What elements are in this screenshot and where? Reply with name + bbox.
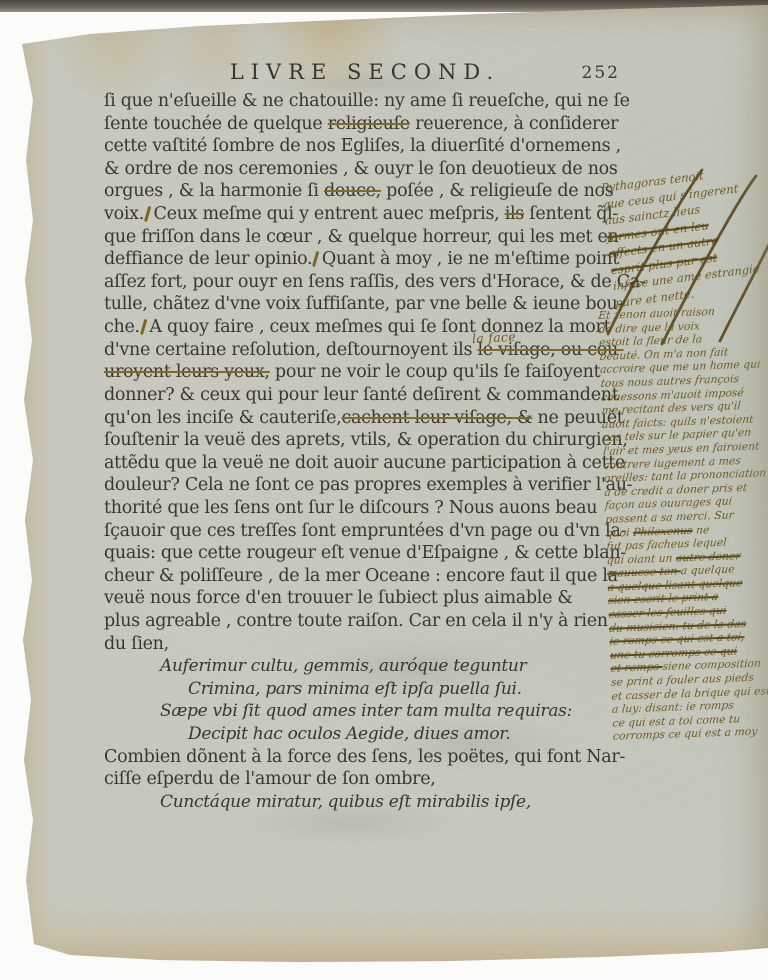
text-line: ciſſe eſperdu de l'amour de ſon ombre,: [104, 768, 626, 791]
text-segment: douleur? Cela ne ſont ce pas propres exe…: [104, 475, 632, 495]
struck-text: ils: [505, 204, 524, 224]
text-segment: thorité que les ſens ont ſur le diſcours…: [104, 498, 597, 518]
page-header: LIVRE SECOND. 252: [104, 60, 626, 86]
text-line: ſente touchée de quelque religieuſe reue…: [104, 113, 626, 136]
text-block: ſi que n'eſueille & ne chatouille: ny am…: [104, 90, 626, 814]
text-segment: Ceux meſme qui y entrent auec meſpris,: [154, 204, 505, 224]
text-segment: Combien dõnent à la force des ſens, les …: [104, 747, 625, 767]
text-segment: reuerence, à conſiderer: [410, 114, 618, 134]
text-line: ſouſtenir la veuë des aprets, vtils, & o…: [104, 429, 626, 452]
text-line: attẽdu que la veuë ne doit auoir aucune …: [104, 452, 626, 475]
text-line: donner? & ceux qui pour leur ſanté deſir…: [104, 384, 626, 407]
interlinear-correction: la face: [471, 326, 516, 351]
text-line: uroyent leurs yeux, pour ne voir le coup…: [104, 361, 626, 384]
text-segment: cette vaſtité ſombre de nos Egliſes, la …: [104, 136, 621, 156]
text-segment: quoi: [605, 525, 633, 539]
text-segment: qu'on les inciſe & cauteriſe,: [104, 408, 342, 428]
text-segment: quais: que cette rougeur eſt venue d'Eſp…: [104, 543, 626, 563]
text-segment: Decipit hac oculos Aegide, diues amor.: [188, 724, 510, 744]
struck-text: religieuſe: [328, 114, 410, 134]
text-line: thorité que les ſens ont ſur le diſcours…: [104, 497, 626, 520]
struck-text: cachent leur viſage, &: [342, 408, 533, 428]
text-line: Decipit hac oculos Aegide, diues amor.: [104, 723, 626, 746]
text-segment: pour ne voir le coup qu'ils ſe faiſoyent: [270, 362, 601, 382]
paper-sheet: LIVRE SECOND. 252 ſi que n'eſueille & ne…: [0, 0, 768, 980]
text-segment: plus agreable , contre toute raiſon. Car…: [104, 611, 608, 631]
text-line: ſi que n'eſueille & ne chatouille: ny am…: [104, 90, 626, 113]
text-line: voix.Ceux meſme qui y entrent auec meſpr…: [104, 203, 626, 226]
page-number: 252: [582, 63, 620, 83]
marginalia-long-note: Et zenon auoit raisonde dire que la voix…: [598, 303, 768, 744]
text-line: & ordre de nos ceremonies , & ouyr le ſo…: [104, 158, 626, 181]
struck-text: et romps: [610, 660, 663, 675]
text-segment: que friſſon dans le cœur , & quelque hor…: [104, 227, 619, 247]
text-line: qu'on les inciſe & cauteriſe,cachent leu…: [104, 407, 626, 430]
insertion-mark-icon: [144, 206, 151, 222]
struck-text: douce,: [324, 181, 381, 201]
text-line: Combien dõnent à la force des ſens, les …: [104, 746, 626, 769]
text-line: d'vne certaine reſolution, deſtournoyent…: [104, 339, 626, 362]
text-segment: ſente touchée de quelque: [104, 114, 328, 134]
text-segment: ciſſe eſperdu de l'amour de ſon ombre,: [104, 769, 436, 789]
text-segment: Auferimur cultu, gemmis, auróque teguntu…: [160, 656, 526, 676]
text-segment: ſouſtenir la veuë des aprets, vtils, & o…: [104, 430, 628, 450]
text-segment: du ſien,: [104, 634, 169, 654]
text-segment: Quant à moy , ie ne m'eſtime point: [322, 249, 619, 269]
text-segment: d'vne certaine reſolution, deſtournoyent…: [104, 340, 477, 360]
text-line: Auferimur cultu, gemmis, auróque teguntu…: [104, 655, 626, 678]
text-segment: a quelque: [680, 563, 735, 578]
text-line: deffiance de leur opinio.Quant à moy , i…: [104, 248, 626, 271]
text-segment: attẽdu que la veuë ne doit auoir aucune …: [104, 453, 625, 473]
text-line: Crimina, pars minima eſt ipſa puella ſui…: [104, 678, 626, 701]
text-segment: Cunctáque miratur, quibus eſt mirabilis …: [160, 792, 531, 812]
text-segment: veuë nous force d'en trouuer le ſubiect …: [104, 588, 573, 608]
insertion-mark-icon: [312, 251, 319, 267]
text-line: Cunctáque miratur, quibus eſt mirabilis …: [104, 791, 626, 814]
text-segment: ſçauoir que ces treſſes ſont empruntées …: [104, 521, 626, 541]
text-segment: ne: [692, 523, 710, 537]
text-segment: che.: [104, 317, 140, 337]
text-segment: donner? & ceux qui pour leur ſanté deſir…: [104, 385, 618, 405]
marginalia-crossed-note: Pythagoras tenoitque ceus qui s'ingerent…: [600, 159, 768, 311]
book-title: LIVRE SECOND.: [104, 60, 626, 84]
text-line: cheur & poliſſeure , de la mer Oceane : …: [104, 565, 626, 588]
text-segment: poſée , & religieuſe de nos: [381, 181, 614, 201]
text-line: plus agreable , contre toute raiſon. Car…: [104, 610, 626, 633]
text-line: orgues , & la harmonie ſi douce, poſée ,…: [104, 180, 626, 203]
text-segment: ſi que n'eſueille & ne chatouille: ny am…: [104, 91, 630, 111]
text-segment: deffiance de leur opinio.: [104, 249, 312, 269]
text-line: Sæpe vbi ſit quod ames inter tam multa r…: [104, 700, 626, 723]
struck-text: uroyent leurs yeux,: [104, 362, 270, 382]
text-line: che.A quoy faire , ceux meſmes qui ſe ſo…: [104, 316, 626, 339]
insertion-mark-icon: [140, 319, 147, 335]
text-line: douleur? Cela ne ſont ce pas propres exe…: [104, 474, 626, 497]
text-segment: voix.: [104, 204, 144, 224]
scanned-page: LIVRE SECOND. 252 ſi que n'eſueille & ne…: [0, 0, 768, 980]
text-line: du ſien,: [104, 633, 626, 656]
text-line: cette vaſtité ſombre de nos Egliſes, la …: [104, 135, 626, 158]
text-segment: Sæpe vbi ſit quod ames inter tam multa r…: [160, 701, 572, 721]
text-line: veuë nous force d'en trouuer le ſubiect …: [104, 587, 626, 610]
text-segment: & ordre de nos ceremonies , & ouyr le ſo…: [104, 159, 618, 179]
text-segment: orgues , & la harmonie ſi: [104, 181, 324, 201]
text-line: que friſſon dans le cœur , & quelque hor…: [104, 226, 626, 249]
text-segment: A quoy faire , ceux meſmes qui ſe ſont d…: [149, 317, 610, 337]
text-line: ſçauoir que ces treſſes ſont empruntées …: [104, 520, 626, 543]
text-segment: tulle, chãtez d'vne voix ſuffiſante, par…: [104, 294, 623, 314]
text-line: tulle, chãtez d'vne voix ſuffiſante, par…: [104, 293, 626, 316]
text-line: quais: que cette rougeur eſt venue d'Eſp…: [104, 542, 626, 565]
text-line: aſſez fort, pour ouyr en ſens raſſis, de…: [104, 271, 626, 294]
text-segment: Crimina, pars minima eſt ipſa puella ſui…: [188, 679, 522, 699]
text-segment: aſſez fort, pour ouyr en ſens raſſis, de…: [104, 272, 646, 292]
text-segment: cheur & poliſſeure , de la mer Oceane : …: [104, 566, 618, 586]
